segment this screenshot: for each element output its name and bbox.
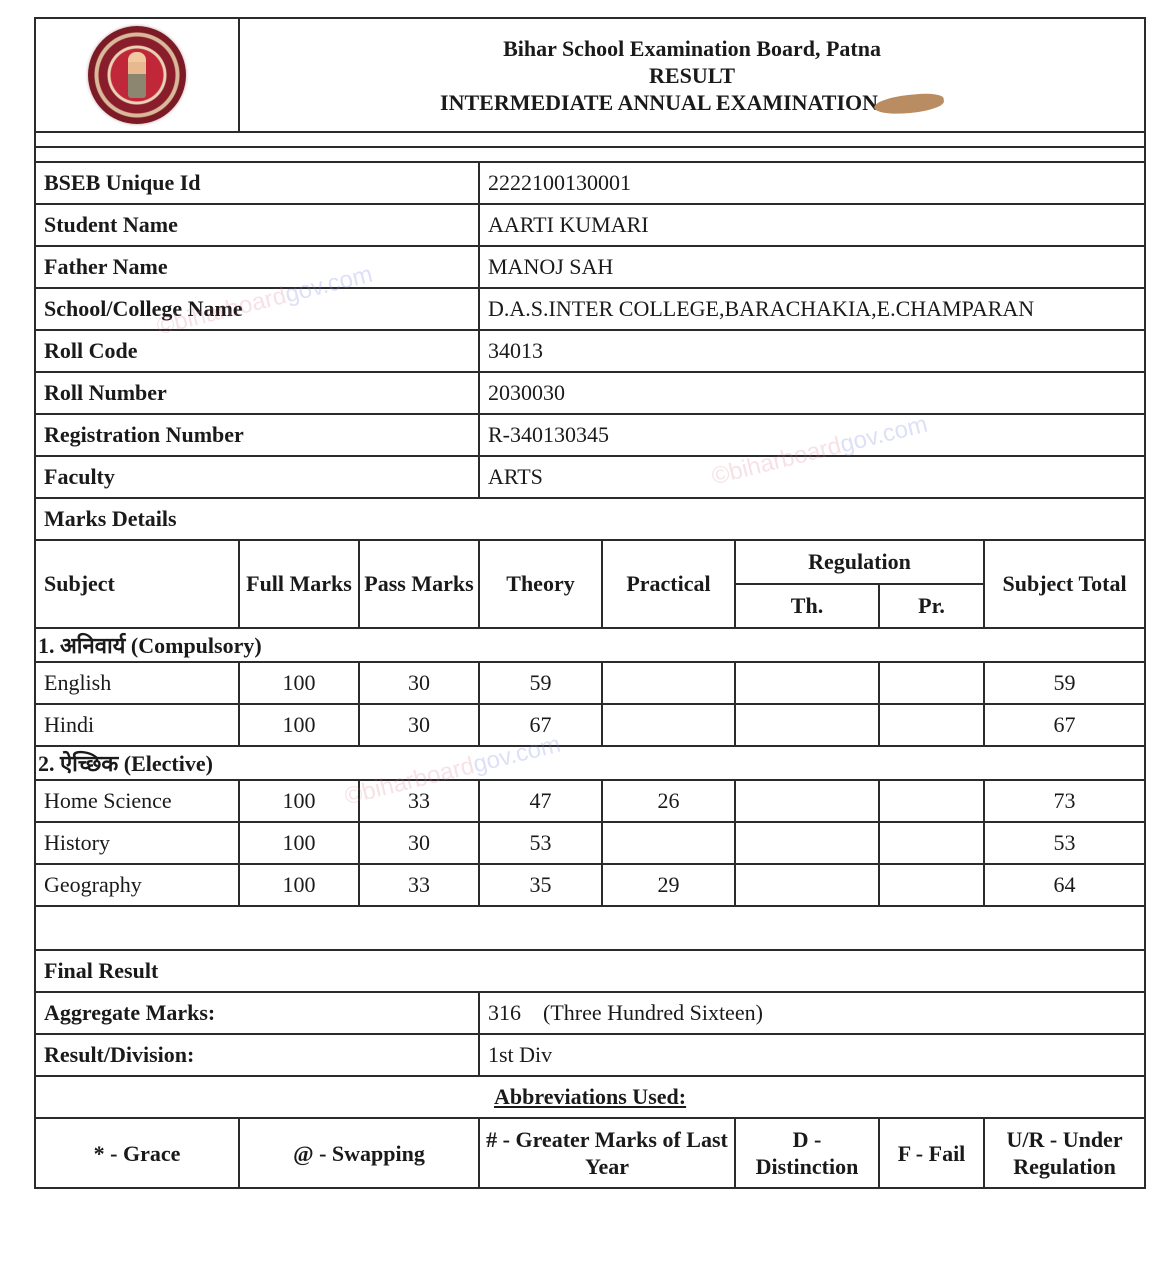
abbreviations-title: Abbreviations Used: (35, 1076, 1145, 1118)
cell-subject: History (35, 822, 239, 864)
final-result-title-row: Final Result (35, 950, 1145, 992)
subject-row: English100305959 (35, 662, 1145, 704)
spacer-row (35, 147, 1145, 162)
cell-practical (602, 822, 735, 864)
section-title: 2. ऐच्छिक (Elective) (35, 746, 1145, 780)
info-row-roll-code: Roll Code 34013 (35, 330, 1145, 372)
cell-full: 100 (239, 822, 359, 864)
cell-pass: 30 (359, 704, 479, 746)
cell-reg-pr (879, 822, 984, 864)
cell-full: 100 (239, 662, 359, 704)
abbreviations-title-row: Abbreviations Used: (35, 1076, 1145, 1118)
marks-header-row: Subject Full Marks Pass Marks Theory Pra… (35, 540, 1145, 584)
cell-pass: 33 (359, 864, 479, 906)
cell-subject: English (35, 662, 239, 704)
marks-details-title: Marks Details (35, 498, 1145, 540)
division-label: Result/Division: (35, 1034, 479, 1076)
info-row-roll-number: Roll Number 2030030 (35, 372, 1145, 414)
col-regulation-theory: Th. (735, 584, 879, 628)
col-regulation-practical: Pr. (879, 584, 984, 628)
col-regulation: Regulation (735, 540, 984, 584)
cell-pass: 30 (359, 662, 479, 704)
cell-full: 100 (239, 704, 359, 746)
info-label: Student Name (35, 204, 479, 246)
info-row-school: School/College Name D.A.S.INTER COLLEGE,… (35, 288, 1145, 330)
cell-practical (602, 662, 735, 704)
cell-total: 73 (984, 780, 1145, 822)
info-row-student-name: Student Name AARTI KUMARI (35, 204, 1145, 246)
board-name: Bihar School Examination Board, Patna (248, 35, 1136, 62)
abbr-greater-marks: # - Greater Marks of Last Year (479, 1118, 735, 1188)
info-label: Roll Code (35, 330, 479, 372)
subject-row: Geography10033352964 (35, 864, 1145, 906)
section-header-row: 2. ऐच्छिक (Elective) (35, 746, 1145, 780)
info-value: 34013 (479, 330, 1145, 372)
division-row: Result/Division: 1st Div (35, 1034, 1145, 1076)
spacer-row (35, 132, 1145, 147)
abbr-grace: * - Grace (35, 1118, 239, 1188)
info-row-faculty: Faculty ARTS (35, 456, 1145, 498)
col-subject: Subject (35, 540, 239, 628)
cell-pass: 30 (359, 822, 479, 864)
exam-name: INTERMEDIATE ANNUAL EXAMINATION (440, 90, 878, 115)
cell-total: 59 (984, 662, 1145, 704)
cell-theory: 53 (479, 822, 602, 864)
abbr-swapping: @ - Swapping (239, 1118, 479, 1188)
info-row-unique-id: BSEB Unique Id 2222100130001 (35, 162, 1145, 204)
cell-subject: Home Science (35, 780, 239, 822)
abbr-fail: F - Fail (879, 1118, 984, 1188)
cell-reg-th (735, 864, 879, 906)
marks-details-title-row: Marks Details (35, 498, 1145, 540)
cell-theory: 35 (479, 864, 602, 906)
cell-pass: 33 (359, 780, 479, 822)
subject-row: History100305353 (35, 822, 1145, 864)
cell-subject: Hindi (35, 704, 239, 746)
cell-practical (602, 704, 735, 746)
col-theory: Theory (479, 540, 602, 628)
info-label: BSEB Unique Id (35, 162, 479, 204)
cell-reg-th (735, 780, 879, 822)
info-row-registration: Registration Number R-340130345 (35, 414, 1145, 456)
info-label: Registration Number (35, 414, 479, 456)
cell-total: 53 (984, 822, 1145, 864)
blank-row (35, 906, 1145, 950)
section-title: 1. अनिवार्य (Compulsory) (35, 628, 1145, 662)
col-pass-marks: Pass Marks (359, 540, 479, 628)
aggregate-value: 316 (Three Hundred Sixteen) (479, 992, 1145, 1034)
subject-row: Hindi100306767 (35, 704, 1145, 746)
cell-reg-th (735, 662, 879, 704)
info-value: D.A.S.INTER COLLEGE,BARACHAKIA,E.CHAMPAR… (479, 288, 1145, 330)
result-sheet: Bihar School Examination Board, Patna RE… (34, 17, 1144, 1189)
info-label: Faculty (35, 456, 479, 498)
info-row-father-name: Father Name MANOJ SAH (35, 246, 1145, 288)
marks-body: 1. अनिवार्य (Compulsory)English100305959… (35, 628, 1145, 906)
info-value: 2030030 (479, 372, 1145, 414)
subject-row: Home Science10033472673 (35, 780, 1145, 822)
aggregate-label: Aggregate Marks: (35, 992, 479, 1034)
info-label: Father Name (35, 246, 479, 288)
header-title: Bihar School Examination Board, Patna RE… (239, 18, 1145, 132)
cell-reg-pr (879, 780, 984, 822)
cell-theory: 47 (479, 780, 602, 822)
info-label: School/College Name (35, 288, 479, 330)
cell-practical: 29 (602, 864, 735, 906)
cell-subject: Geography (35, 864, 239, 906)
cell-full: 100 (239, 864, 359, 906)
info-value: AARTI KUMARI (479, 204, 1145, 246)
header-row: Bihar School Examination Board, Patna RE… (35, 18, 1145, 132)
cell-theory: 59 (479, 662, 602, 704)
bseb-seal-icon (88, 26, 186, 124)
abbr-distinction: D - Distinction (735, 1118, 879, 1188)
cell-reg-pr (879, 704, 984, 746)
aggregate-row: Aggregate Marks: 316 (Three Hundred Sixt… (35, 992, 1145, 1034)
abbreviations-row: * - Grace @ - Swapping # - Greater Marks… (35, 1118, 1145, 1188)
col-practical: Practical (602, 540, 735, 628)
section-header-row: 1. अनिवार्य (Compulsory) (35, 628, 1145, 662)
cell-reg-pr (879, 662, 984, 704)
cell-full: 100 (239, 780, 359, 822)
cell-reg-pr (879, 864, 984, 906)
info-value: MANOJ SAH (479, 246, 1145, 288)
final-result-title: Final Result (35, 950, 1145, 992)
info-label: Roll Number (35, 372, 479, 414)
cell-theory: 67 (479, 704, 602, 746)
info-value: 2222100130001 (479, 162, 1145, 204)
cell-total: 67 (984, 704, 1145, 746)
cell-reg-th (735, 822, 879, 864)
redaction-mark (873, 92, 944, 117)
col-subject-total: Subject Total (984, 540, 1145, 628)
info-value: R-340130345 (479, 414, 1145, 456)
info-value: ARTS (479, 456, 1145, 498)
cell-practical: 26 (602, 780, 735, 822)
division-value: 1st Div (479, 1034, 1145, 1076)
logo-cell (35, 18, 239, 132)
result-table: Bihar School Examination Board, Patna RE… (34, 17, 1146, 1189)
col-full-marks: Full Marks (239, 540, 359, 628)
cell-total: 64 (984, 864, 1145, 906)
cell-reg-th (735, 704, 879, 746)
result-heading: RESULT (248, 62, 1136, 89)
abbr-under-regulation: U/R - Under Regulation (984, 1118, 1145, 1188)
